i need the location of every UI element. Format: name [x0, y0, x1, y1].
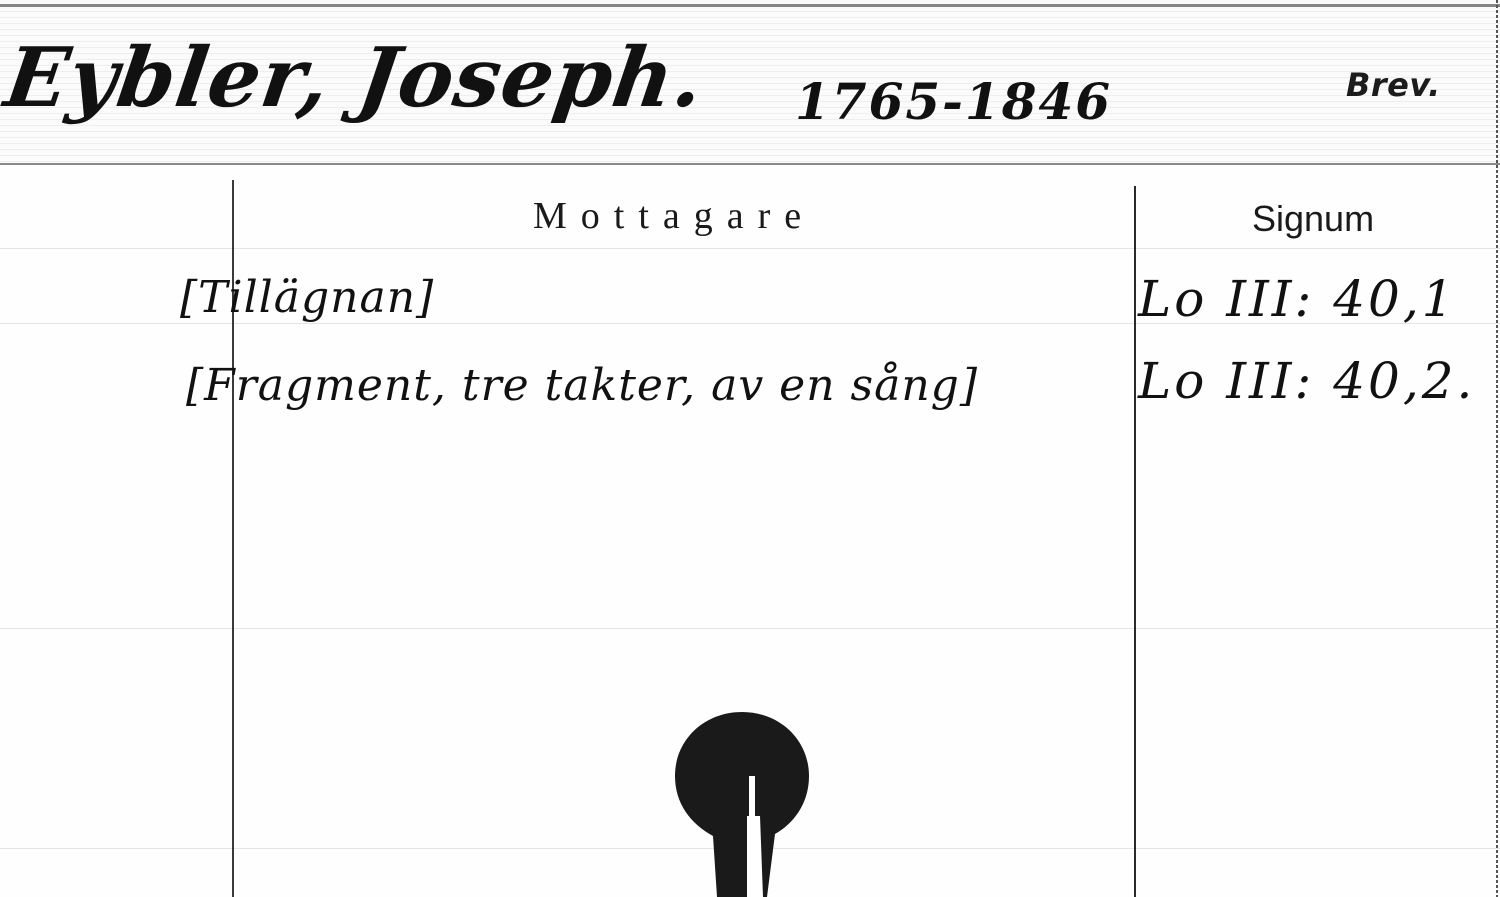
- column-divider-right: [1134, 186, 1136, 897]
- entry-recipient: [Tillägnan]: [180, 272, 434, 323]
- faint-ruled-line: [0, 248, 1500, 249]
- category-label: Brev.: [1346, 66, 1441, 104]
- faint-ruled-line: [0, 628, 1500, 629]
- entry-signum: Lo III: 40,1: [1138, 270, 1457, 328]
- signum-column-header: Signum: [1252, 198, 1374, 240]
- entry-recipient: [Fragment, tre takter, av en sång]: [186, 360, 978, 411]
- catalog-card: Eybler, Joseph. 1765-1846 Brev. Mottagar…: [0, 0, 1500, 897]
- entry-signum: Lo III: 40,2.: [1138, 352, 1475, 410]
- recipient-column-header: Mottagare: [533, 194, 815, 238]
- composer-name: Eybler, Joseph.: [0, 30, 710, 126]
- punch-hole-icon: [675, 712, 809, 897]
- life-dates: 1765-1846: [795, 72, 1112, 131]
- card-top-edge: [0, 4, 1500, 7]
- header-divider: [0, 163, 1500, 165]
- card-right-edge: [1496, 0, 1498, 897]
